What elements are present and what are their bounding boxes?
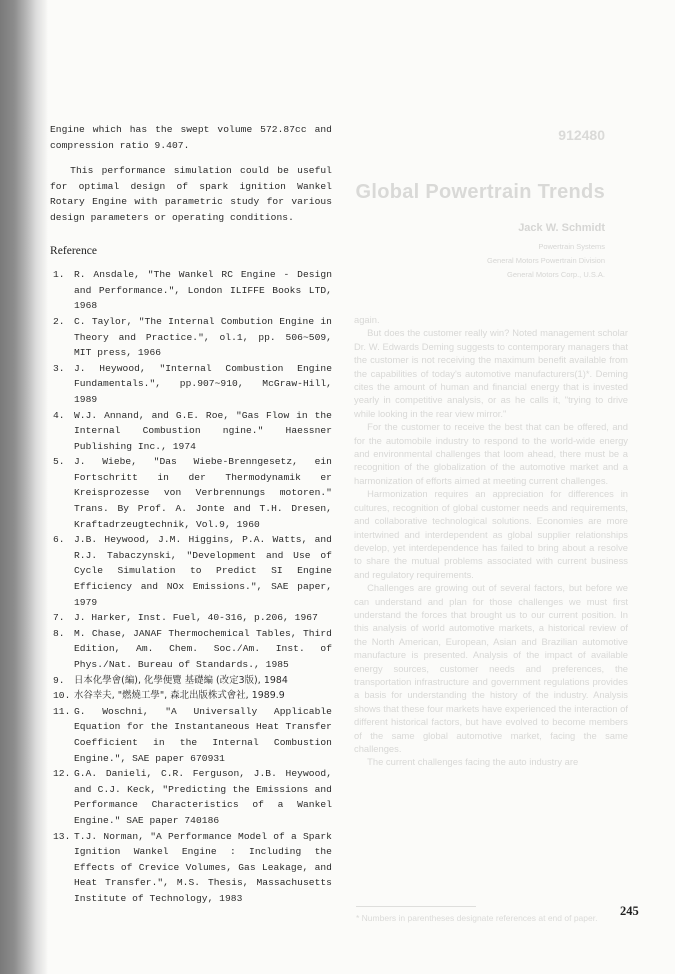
show-through-footnote-rule (356, 906, 476, 907)
reference-item: 12. G.A. Danieli, C.R. Ferguson, J.B. He… (50, 766, 332, 828)
reference-text: J.B. Heywood, J.M. Higgins, P.A. Watts, … (72, 532, 332, 610)
show-through-affiliation-line: General Motors Corp., U.S.A. (507, 270, 605, 279)
reference-number: 6. (50, 532, 72, 610)
book-spine-shadow (0, 0, 48, 974)
show-through-paragraph: again. (354, 313, 628, 326)
show-through-paragraph: For the customer to receive the best tha… (354, 420, 628, 487)
conclusion-paragraph: This performance simulation could be use… (50, 163, 332, 225)
reference-item: 13. T.J. Norman, "A Performance Model of… (50, 829, 332, 907)
reference-text: J. Harker, Inst. Fuel, 40-316, p.206, 19… (72, 610, 332, 626)
reference-item: 2. C. Taylor, "The Internal Combution En… (50, 314, 332, 361)
reference-item: 9. 日本化學會(編), 化學便覽 基礎編 (改定3版), 1984 (50, 673, 332, 689)
reference-number: 2. (50, 314, 72, 361)
show-through-title: Global Powertrain Trends (356, 181, 605, 204)
reference-text: 水谷幸夫, "燃燒工學", 森北出版株式會社, 1989.9 (72, 688, 332, 704)
reference-text: M. Chase, JANAF Thermochemical Tables, T… (72, 626, 332, 673)
intro-paragraph: Engine which has the swept volume 572.87… (50, 122, 332, 153)
show-through-paper-number: 912480 (558, 127, 605, 143)
reference-heading: Reference (50, 244, 332, 260)
reference-number: 10. (50, 688, 72, 704)
reference-text: 日本化學會(編), 化學便覽 基礎編 (改定3版), 1984 (72, 673, 332, 689)
reference-text: J. Wiebe, "Das Wiebe-Brenngesetz, ein Fo… (72, 454, 332, 532)
reference-item: 1. R. Ansdale, "The Wankel RC Engine - D… (50, 267, 332, 314)
reference-number: 9. (50, 673, 72, 689)
show-through-body: again. But does the customer really win?… (354, 313, 628, 769)
show-through-affiliation-line: Powertrain Systems (538, 242, 605, 251)
show-through-paragraph: But does the customer really win? Noted … (354, 326, 628, 420)
reference-number: 11. (50, 704, 72, 766)
reference-text: W.J. Annand, and G.E. Roe, "Gas Flow in … (72, 408, 332, 455)
reference-text: G. Woschni, "A Universally Applicable Eq… (72, 704, 332, 766)
page-number: 245 (620, 904, 639, 919)
reference-text: G.A. Danieli, C.R. Ferguson, J.B. Heywoo… (72, 766, 332, 828)
reference-item: 10. 水谷幸夫, "燃燒工學", 森北出版株式會社, 1989.9 (50, 688, 332, 704)
reference-item: 8. M. Chase, JANAF Thermochemical Tables… (50, 626, 332, 673)
reference-text: R. Ansdale, "The Wankel RC Engine - Desi… (72, 267, 332, 314)
reference-number: 3. (50, 361, 72, 408)
show-through-footnote: * Numbers in parentheses designate refer… (356, 912, 626, 924)
reference-item: 11. G. Woschni, "A Universally Applicabl… (50, 704, 332, 766)
show-through-paragraph: Challenges are growing out of several fa… (354, 581, 628, 755)
reference-item: 5. J. Wiebe, "Das Wiebe-Brenngesetz, ein… (50, 454, 332, 532)
reference-text: J. Heywood, "Internal Combustion Engine … (72, 361, 332, 408)
show-through-author: Jack W. Schmidt (518, 222, 605, 234)
reference-number: 5. (50, 454, 72, 532)
left-column: Engine which has the swept volume 572.87… (50, 122, 332, 907)
reference-text: T.J. Norman, "A Performance Model of a S… (72, 829, 332, 907)
reference-item: 7. J. Harker, Inst. Fuel, 40-316, p.206,… (50, 610, 332, 626)
reference-item: 4. W.J. Annand, and G.E. Roe, "Gas Flow … (50, 408, 332, 455)
reference-text: C. Taylor, "The Internal Combution Engin… (72, 314, 332, 361)
reference-number: 7. (50, 610, 72, 626)
reference-number: 4. (50, 408, 72, 455)
show-through-affiliation-line: General Motors Powertrain Division (487, 256, 605, 265)
reference-item: 6. J.B. Heywood, J.M. Higgins, P.A. Watt… (50, 532, 332, 610)
show-through-paragraph: The current challenges facing the auto i… (354, 755, 628, 768)
reference-number: 12. (50, 766, 72, 828)
reference-item: 3. J. Heywood, "Internal Combustion Engi… (50, 361, 332, 408)
reference-list: 1. R. Ansdale, "The Wankel RC Engine - D… (50, 267, 332, 906)
show-through-paragraph: Harmonization requires an appreciation f… (354, 487, 628, 581)
reference-number: 8. (50, 626, 72, 673)
reference-number: 1. (50, 267, 72, 314)
reference-number: 13. (50, 829, 72, 907)
